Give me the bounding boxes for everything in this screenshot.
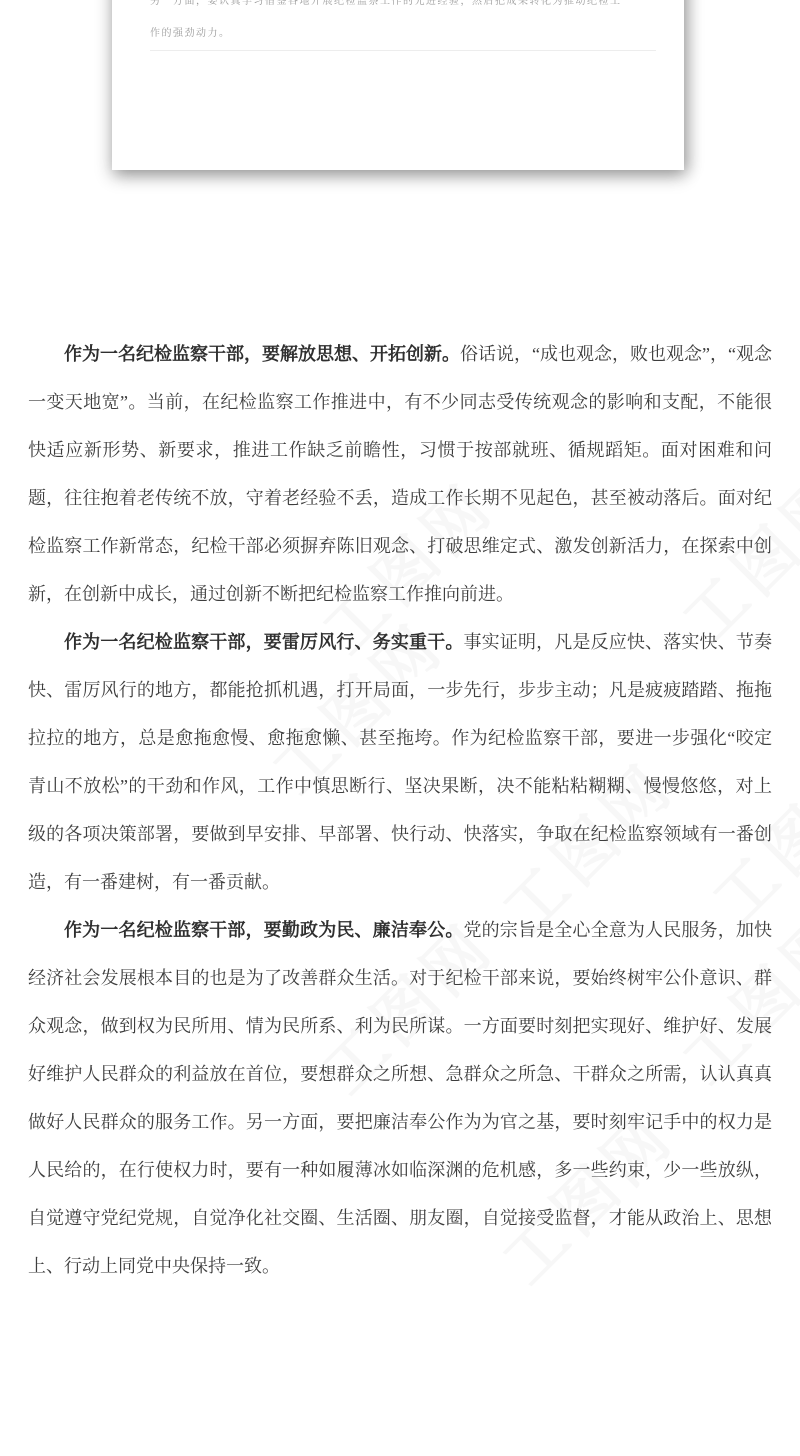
article-body: 作为一名纪检监察干部，要解放思想、开拓创新。俗话说，“成也观念，败也观念”，“观… [28, 330, 772, 1290]
paragraph-text: 事实证明，凡是反应快、落实快、节奏快、雷厉风行的地方，都能抢抓机遇，打开局面，一… [28, 632, 772, 892]
document-page-preview: 另一方面，要认真学习借鉴各地开展纪检监察工作的先进经验，然后把成果转化为推动纪检… [112, 0, 684, 170]
paragraph: 作为一名纪检监察干部，要勤政为民、廉洁奉公。党的宗旨是全心全意为人民服务，加快经… [28, 906, 772, 1290]
page-preview-line: 作的强劲动力。 [150, 18, 656, 50]
paragraph-text: 俗话说，“成也观念，败也观念”，“观念一变天地宽”。当前，在纪检监察工作推进中，… [28, 344, 772, 604]
page-preview-line: 另一方面，要认真学习借鉴各地开展纪检监察工作的先进经验，然后把成果转化为推动纪检… [150, 0, 656, 18]
paragraph-lead: 作为一名纪检监察干部，要勤政为民、廉洁奉公。 [64, 920, 463, 940]
paragraph-lead: 作为一名纪检监察干部，要解放思想、开拓创新。 [64, 344, 460, 364]
page-preview-divider [150, 50, 656, 51]
paragraph-text: 党的宗旨是全心全意为人民服务，加快经济社会发展根本目的也是为了改善群众生活。对于… [28, 920, 772, 1276]
page-preview-text: 另一方面，要认真学习借鉴各地开展纪检监察工作的先进经验，然后把成果转化为推动纪检… [150, 0, 656, 50]
paragraph: 作为一名纪检监察干部，要雷厉风行、务实重干。事实证明，凡是反应快、落实快、节奏快… [28, 618, 772, 906]
paragraph: 作为一名纪检监察干部，要解放思想、开拓创新。俗话说，“成也观念，败也观念”，“观… [28, 330, 772, 618]
page-viewport: 另一方面，要认真学习借鉴各地开展纪检监察工作的先进经验，然后把成果转化为推动纪检… [0, 0, 800, 1456]
paragraph-lead: 作为一名纪检监察干部，要雷厉风行、务实重干。 [64, 632, 463, 652]
